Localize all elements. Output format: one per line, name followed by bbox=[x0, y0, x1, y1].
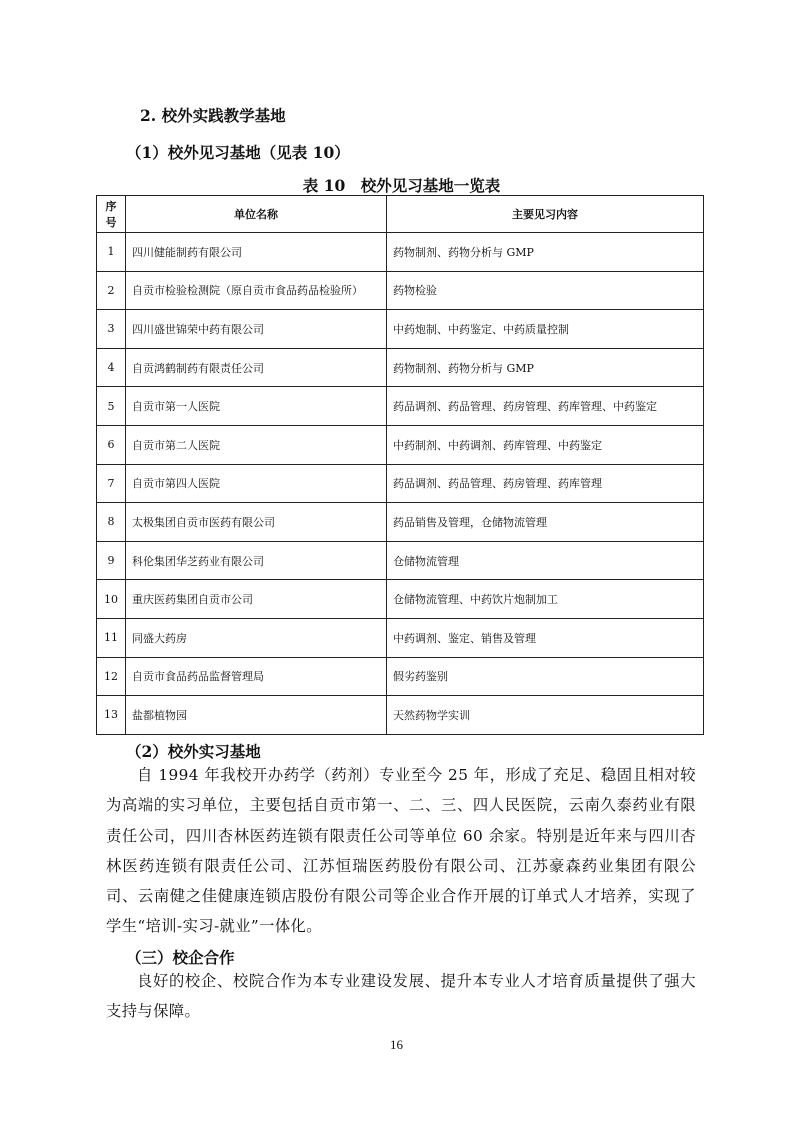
cooperation-paragraph: 良好的校企、校院合作为本专业建设发展、提升本专业人才培育质量提供了强大支持与保障… bbox=[106, 966, 696, 1027]
table-row: 9科伦集团华芝药业有限公司仓储物流管理 bbox=[97, 541, 704, 580]
column-header-content: 主要见习内容 bbox=[387, 196, 704, 233]
row-number: 4 bbox=[97, 348, 126, 387]
row-number: 3 bbox=[97, 310, 126, 349]
content-cell: 药物制剂、药物分析与 GMP bbox=[387, 233, 704, 272]
row-number: 11 bbox=[97, 618, 126, 657]
row-number: 9 bbox=[97, 541, 126, 580]
table-row: 13盐都植物园天然药物学实训 bbox=[97, 696, 704, 735]
table-row: 10重庆医药集团自贡市公司仓储物流管理、中药饮片炮制加工 bbox=[97, 580, 704, 619]
row-number: 1 bbox=[97, 233, 126, 272]
unit-name-cell: 自贡市食品药品监督管理局 bbox=[126, 657, 387, 696]
row-number: 6 bbox=[97, 425, 126, 464]
table-row: 11同盛大药房中药调剂、鉴定、销售及管理 bbox=[97, 618, 704, 657]
unit-name-cell: 重庆医药集团自贡市公司 bbox=[126, 580, 387, 619]
row-number: 7 bbox=[97, 464, 126, 503]
table-row: 8太极集团自贡市医药有限公司药品销售及管理，仓储物流管理 bbox=[97, 503, 704, 542]
unit-name-cell: 科伦集团华芝药业有限公司 bbox=[126, 541, 387, 580]
unit-name-cell: 自贡鸿鹤制药有限责任公司 bbox=[126, 348, 387, 387]
table-caption: 表 10 校外见习基地一览表 bbox=[0, 174, 793, 196]
content-cell: 中药炮制、中药鉴定、中药质量控制 bbox=[387, 310, 704, 349]
column-header-unit: 单位名称 bbox=[126, 196, 387, 233]
table-row: 12自贡市食品药品监督管理局假劣药鉴别 bbox=[97, 657, 704, 696]
content-cell: 药品调剂、药品管理、药房管理、药库管理 bbox=[387, 464, 704, 503]
column-header-no: 序号 bbox=[97, 196, 126, 233]
unit-name-cell: 同盛大药房 bbox=[126, 618, 387, 657]
table-row: 3四川盛世锦荣中药有限公司中药炮制、中药鉴定、中药质量控制 bbox=[97, 310, 704, 349]
table-row: 7自贡市第四人医院药品调剂、药品管理、药房管理、药库管理 bbox=[97, 464, 704, 503]
section-heading: 2. 校外实践教学基地 bbox=[140, 104, 286, 126]
table-header-row: 序号 单位名称 主要见习内容 bbox=[97, 196, 704, 233]
subsection-heading-observation-bases: （1）校外见习基地（见表 10） bbox=[126, 141, 350, 163]
unit-name-cell: 自贡市第四人医院 bbox=[126, 464, 387, 503]
unit-name-cell: 太极集团自贡市医药有限公司 bbox=[126, 503, 387, 542]
table-row: 2自贡市检验检测院（原自贡市食品药品检验所）药物检验 bbox=[97, 271, 704, 310]
unit-name-cell: 盐都植物园 bbox=[126, 696, 387, 735]
row-number: 5 bbox=[97, 387, 126, 426]
content-cell: 药品销售及管理，仓储物流管理 bbox=[387, 503, 704, 542]
table-row: 1四川健能制药有限公司药物制剂、药物分析与 GMP bbox=[97, 233, 704, 272]
unit-name-cell: 四川健能制药有限公司 bbox=[126, 233, 387, 272]
row-number: 12 bbox=[97, 657, 126, 696]
row-number: 2 bbox=[97, 271, 126, 310]
unit-name-cell: 四川盛世锦荣中药有限公司 bbox=[126, 310, 387, 349]
content-cell: 中药制剂、中药调剂、药库管理、中药鉴定 bbox=[387, 425, 704, 464]
section-heading-cooperation: （三）校企合作 bbox=[126, 946, 235, 968]
content-cell: 假劣药鉴别 bbox=[387, 657, 704, 696]
unit-name-cell: 自贡市第二人医院 bbox=[126, 425, 387, 464]
internship-paragraph: 自 1994 年我校开办药学（药剂）专业至今 25 年，形成了充足、稳固且相对较… bbox=[106, 760, 696, 942]
row-number: 10 bbox=[97, 580, 126, 619]
table-row: 4自贡鸿鹤制药有限责任公司药物制剂、药物分析与 GMP bbox=[97, 348, 704, 387]
content-cell: 中药调剂、鉴定、销售及管理 bbox=[387, 618, 704, 657]
content-cell: 药物制剂、药物分析与 GMP bbox=[387, 348, 704, 387]
content-cell: 药品调剂、药品管理、药房管理、药库管理、中药鉴定 bbox=[387, 387, 704, 426]
unit-name-cell: 自贡市检验检测院（原自贡市食品药品检验所） bbox=[126, 271, 387, 310]
observation-bases-table: 序号 单位名称 主要见习内容 1四川健能制药有限公司药物制剂、药物分析与 GMP… bbox=[96, 195, 704, 735]
content-cell: 仓储物流管理、中药饮片炮制加工 bbox=[387, 580, 704, 619]
content-cell: 仓储物流管理 bbox=[387, 541, 704, 580]
subsection-heading-internship-bases: （2）校外实习基地 bbox=[126, 740, 261, 762]
content-cell: 天然药物学实训 bbox=[387, 696, 704, 735]
row-number: 8 bbox=[97, 503, 126, 542]
table-row: 5自贡市第一人医院药品调剂、药品管理、药房管理、药库管理、中药鉴定 bbox=[97, 387, 704, 426]
table-row: 6自贡市第二人医院中药制剂、中药调剂、药库管理、中药鉴定 bbox=[97, 425, 704, 464]
unit-name-cell: 自贡市第一人医院 bbox=[126, 387, 387, 426]
page-number: 16 bbox=[0, 1037, 793, 1053]
row-number: 13 bbox=[97, 696, 126, 735]
content-cell: 药物检验 bbox=[387, 271, 704, 310]
